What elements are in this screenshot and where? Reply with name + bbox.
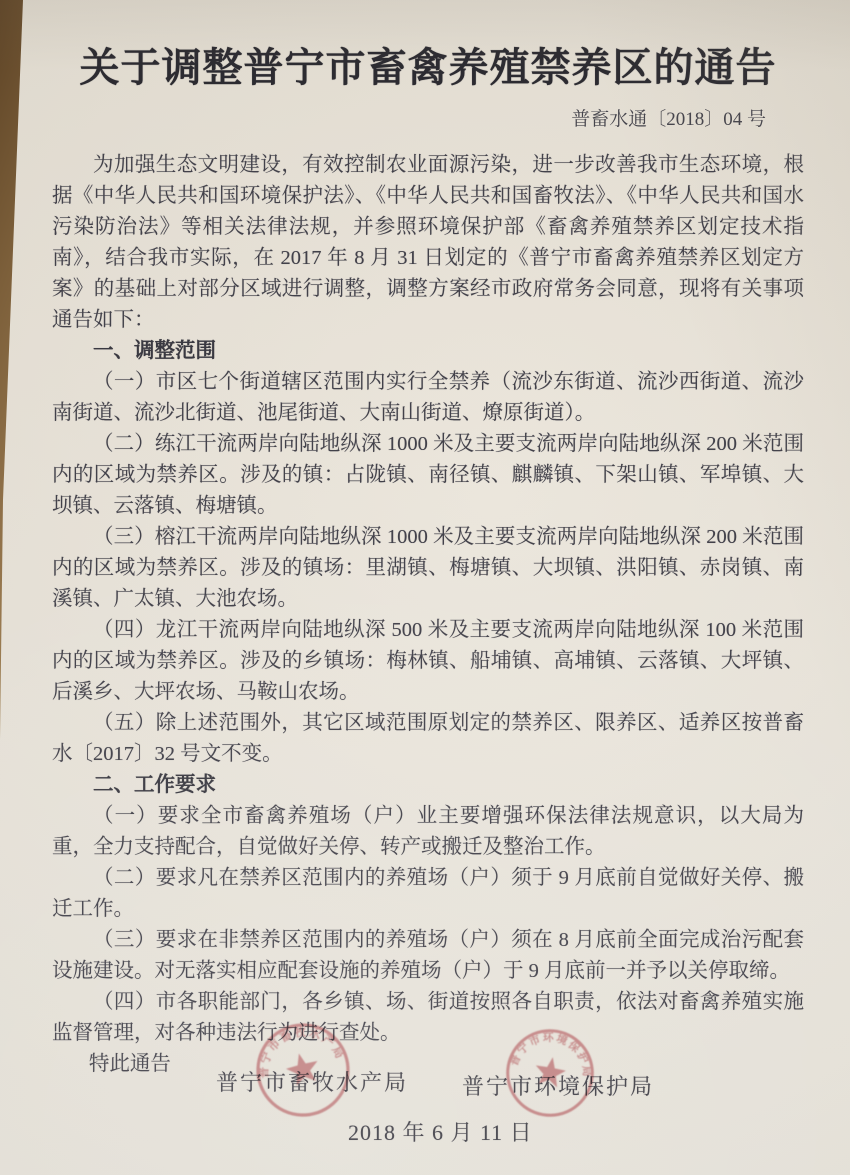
notice-document: 关于调整普宁市畜禽养殖禁养区的通告 普畜水通〔2018〕04 号 为加强生态文明…: [52, 40, 804, 1080]
document-photo: 关于调整普宁市畜禽养殖禁养区的通告 普畜水通〔2018〕04 号 为加强生态文明…: [0, 0, 850, 1175]
official-seal-icon: 普宁市环境保护局: [496, 1019, 605, 1128]
notice-paragraph: （一）市区七个街道辖区范围内实行全禁养（流沙东街道、流沙西街道、流沙南街道、流沙…: [52, 367, 804, 429]
document-date: 2018 年 6 月 11 日: [348, 1116, 533, 1147]
notice-paragraph: （二）要求凡在禁养区范围内的养殖场（户）须于 9 月底前自觉做好关停、搬迁工作。: [52, 863, 804, 925]
notice-paragraph: （四）龙江干流两岸向陆地纵深 500 米及主要支流两岸向陆地纵深 100 米范围…: [52, 615, 804, 708]
notice-paragraph: （五）除上述范围外，其它区域范围原划定的禁养区、限养区、适养区按普畜水〔2017…: [52, 708, 804, 770]
document-number: 普畜水通〔2018〕04 号: [52, 104, 804, 131]
notice-paragraph: （四）市各职能部门，各乡镇、场、街道按照各自职责，依法对畜禽养殖实施监督管理，对…: [52, 987, 804, 1049]
notice-paragraph: （三）榕江干流两岸向陆地纵深 1000 米及主要支流两岸向陆地纵深 200 米范…: [52, 522, 804, 615]
table-edge: [0, 0, 30, 740]
section-heading: 二、工作要求: [52, 770, 804, 801]
closing-line: 特此通告: [52, 1049, 804, 1080]
document-body: 为加强生态文明建设，有效控制农业面源污染，进一步改善我市生态环境，根据《中华人民…: [52, 150, 804, 1080]
seal-star-icon: [283, 1050, 322, 1088]
seal-star-icon: [533, 1055, 568, 1089]
notice-paragraph: （一）要求全市畜禽养殖场（户）业主要增强环保法律法规意识，以大局为重，全力支持配…: [52, 801, 804, 863]
notice-paragraph: （三）要求在非禁养区范围内的养殖场（户）须在 8 月底前全面完成治污配套设施建设…: [52, 925, 804, 987]
section-heading: 一、调整范围: [52, 336, 804, 367]
notice-paragraph: （二）练江干流两岸向陆地纵深 1000 米及主要支流两岸向陆地纵深 200 米范…: [52, 429, 804, 522]
intro-paragraph: 为加强生态文明建设，有效控制农业面源污染，进一步改善我市生态环境，根据《中华人民…: [52, 150, 804, 336]
document-title: 关于调整普宁市畜禽养殖禁养区的通告: [52, 40, 804, 96]
